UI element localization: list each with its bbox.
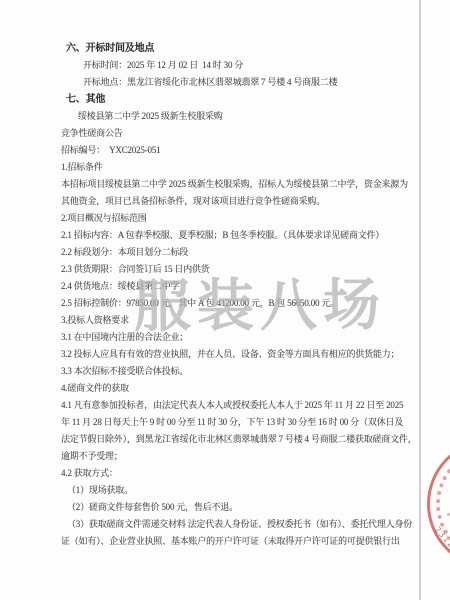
page-edge-line (419, 0, 421, 600)
document-line: 2.4 供货地点：绥棱县第二中学 (0, 278, 450, 295)
document-line: 法定节假日除外），到黑龙江省绥化市北林区翡翠城翡翠 7 号楼 4 号商服二楼获取… (0, 431, 450, 448)
document-line: 年 11 月 28 日每天上午 9 时 00 分至 11 时 30 分，下午 1… (0, 414, 450, 431)
document-line: 1.招标条件 (0, 159, 450, 176)
document-line: 2.2 标段划分：本项目划分二标段 (0, 244, 450, 261)
document-line: 2.项目概况与招标范围 (0, 210, 450, 227)
document-body: 六、开标时间及地点开标时间：2025 年 12 月 02 日 14 时 30 分… (0, 40, 450, 550)
document-line: 3.投标人资格要求 (0, 312, 450, 329)
document-line: 4.2 获取方式： (0, 465, 450, 482)
document-line: 3.1 在中国境内注册的合法企业； (0, 329, 450, 346)
document-line: 六、开标时间及地点 (0, 40, 450, 57)
document-line: 绥棱县第二中学 2025 级新生校服采购 (0, 108, 450, 125)
document-line: （3）获取磋商文件需递交材料 法定代表人身份证、授权委托书（如有）、委托代理人身… (0, 516, 450, 533)
document-line: 其他资金，项目已具备招标条件，现对该项目进行竞争性磋商采购。 (0, 193, 450, 210)
document-line: 开标时间：2025 年 12 月 02 日 14 时 30 分 (0, 57, 450, 74)
document-line: （1）现场获取。 (0, 482, 450, 499)
document-line: 本招标项目绥棱县第二中学 2025 级新生校服采购，招标人为绥棱县第二中学，资金… (0, 176, 450, 193)
document-line: 开标地点：黑龙江省绥化市北林区翡翠城翡翠 7 号楼 4 号商服二楼 (0, 74, 450, 91)
document-line: 逾期不予受理； (0, 448, 450, 465)
document-line: 2.1 招标内容：A 包春季校服、夏季校服；B 包冬季校服。（具体要求详见磋商文… (0, 227, 450, 244)
document-line: （2）磋商文件每套售价 500 元，售后不退。 (0, 499, 450, 516)
document-line: 4.磋商文件的获取 (0, 380, 450, 397)
document-line: 3.2 投标人应具有有效的营业执照，并在人员、设备、资金等方面具有相应的供货能力… (0, 346, 450, 363)
document-line: 4.1 凡有意参加投标者，由法定代表人本人或授权委托人本人于 2025 年 11… (0, 397, 450, 414)
document-line: 3.3 本次招标不接受联合体投标。 (0, 363, 450, 380)
red-seal-stamp: 2312 (427, 439, 450, 569)
document-line: 招标编号： YXC2025-051 (0, 142, 450, 159)
document-line: 七、其他 (0, 91, 450, 108)
document-page: 六、开标时间及地点开标时间：2025 年 12 月 02 日 14 时 30 分… (0, 0, 450, 600)
document-line: 2.3 供货期限：合同签订后 15 日内供货 (0, 261, 450, 278)
document-line: 证（如有）、企业营业执照、基本账户的开户许可证（未取得开户许可证的可提供银行出 (0, 533, 450, 550)
document-line: 竞争性磋商公告 (0, 125, 450, 142)
document-line: 2.5 招标控制价：97850.00 元，其中 A 包 41200.00 元，B… (0, 295, 450, 312)
